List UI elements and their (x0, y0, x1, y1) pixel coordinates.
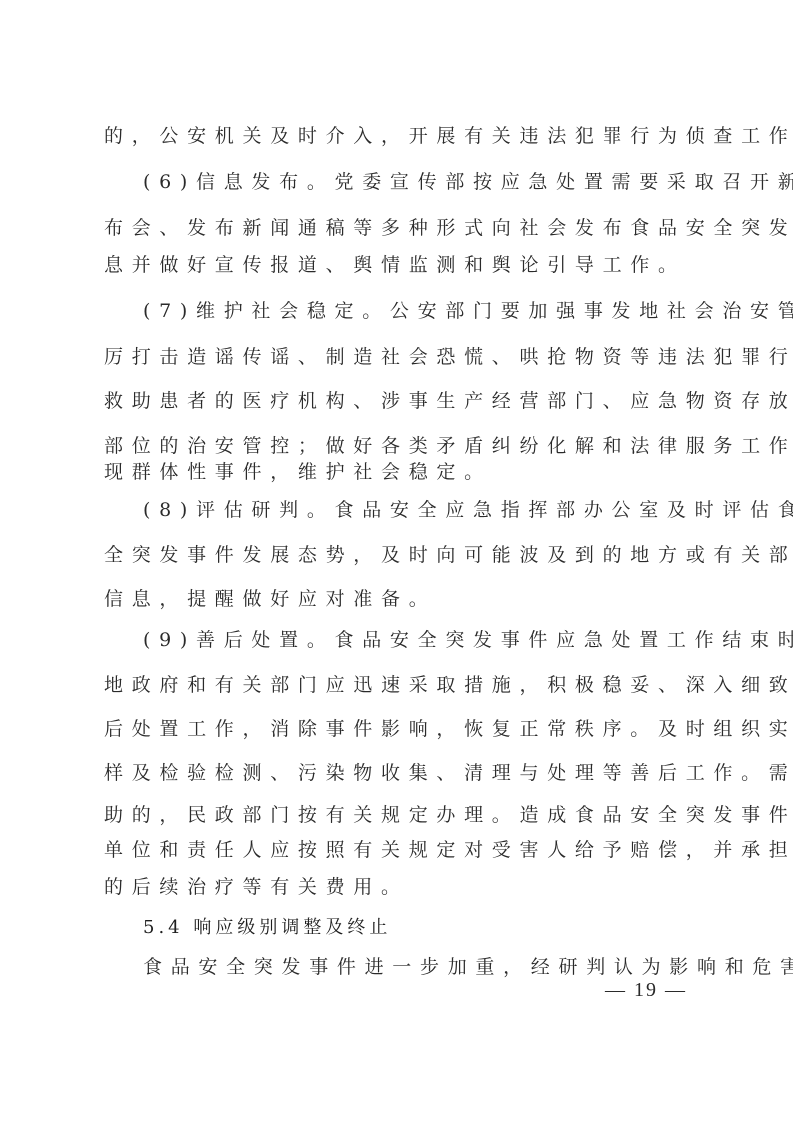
text-line: 的后续治疗等有关费用。 (104, 872, 704, 902)
section-heading-5-4: 5.4 响应级别调整及终止 (143, 913, 743, 943)
text-line: 地政府和有关部门应迅速采取措施，积极稳妥、深入细致地做好善 (104, 670, 704, 700)
text-line: 单位和责任人应按照有关规定对受害人给予赔偿，并承担受害人 (104, 835, 704, 865)
paragraph-9-start: (9)善后处置。食品安全突发事件应急处置工作结束时，事发 (143, 625, 743, 655)
paragraph-7-start: (7)维护社会稳定。公安部门要加强事发地社会治安管理，严 (143, 296, 743, 326)
text-line: 助的，民政部门按有关规定办理。造成食品安全突发事件的责任 (104, 800, 704, 830)
text-line: 样及检验检测、污染物收集、清理与处理等善后工作。需要政府救 (104, 758, 704, 788)
text-line: 救助患者的医疗机构、涉事生产经营部门、应急物资存放点等重点 (104, 386, 704, 416)
text-line: 息并做好宣传报道、舆情监测和舆论引导工作。 (104, 250, 704, 280)
text-line: 的，公安机关及时介入，开展有关违法犯罪行为侦查工作。 (104, 121, 704, 151)
paragraph-8-start: (8)评估研判。食品安全应急指挥部办公室及时评估食品安 (143, 495, 743, 525)
paragraph-6-start: (6)信息发布。党委宣传部按应急处置需要采取召开新闻发 (143, 167, 743, 197)
text-line: 全突发事件发展态势，及时向可能波及到的地方或有关部门通报 (104, 540, 704, 570)
text-line: 后处置工作，消除事件影响，恢复正常秩序。及时组织实施产品抽 (104, 714, 704, 744)
text-line: 现群体性事件，维护社会稳定。 (104, 457, 704, 487)
page-number: — 19 — (605, 975, 687, 1005)
text-line: 信息，提醒做好应对准备。 (104, 584, 704, 614)
document-page: 的，公安机关及时介入，开展有关违法犯罪行为侦查工作。 (6)信息发布。党委宣传部… (0, 0, 793, 1122)
text-line: 布会、发布新闻通稿等多种形式向社会发布食品安全突发事件信 (104, 213, 704, 243)
text-line: 厉打击造谣传谣、制造社会恐慌、哄抢物资等违法犯罪行为；加强 (104, 342, 704, 372)
